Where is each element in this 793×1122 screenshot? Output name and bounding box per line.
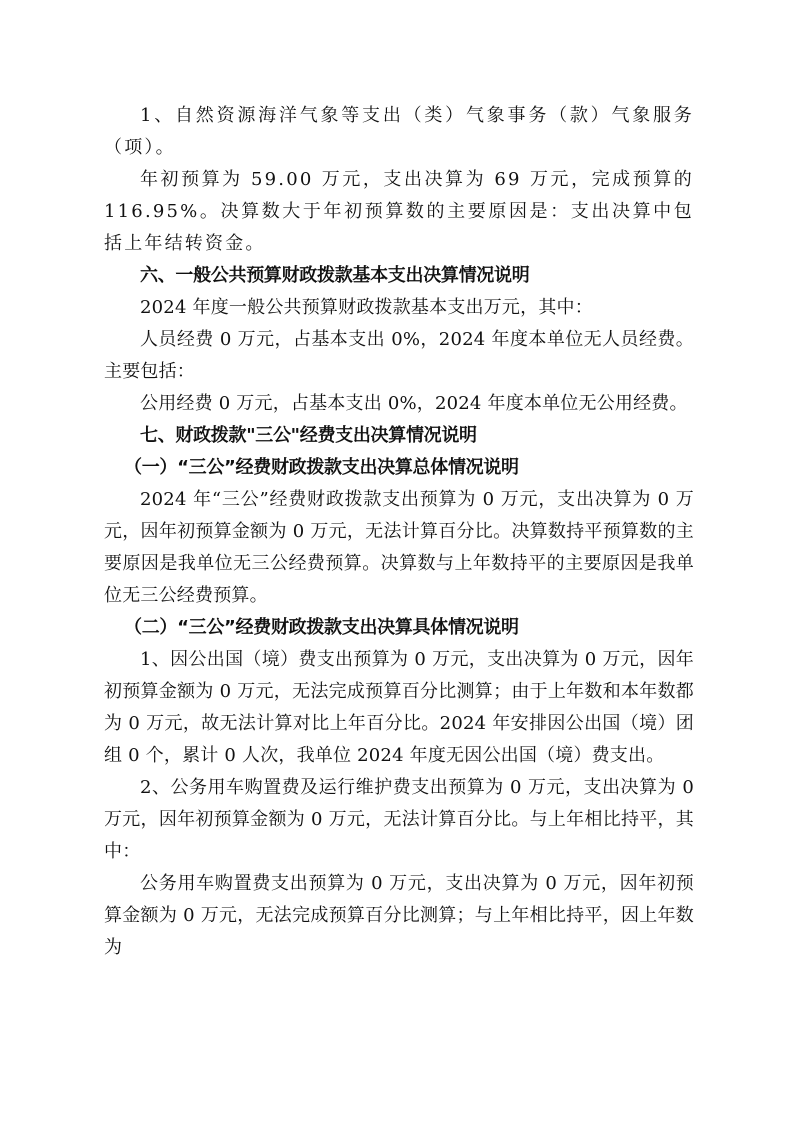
paragraph-budget-completion: 年初预算为 59.00 万元，支出决算为 69 万元，完成预算的116.95%。… — [104, 164, 694, 260]
document-page: 1、自然资源海洋气象等支出（类）气象事务（款）气象服务（项）。 年初预算为 59… — [104, 100, 694, 964]
section-heading-7: 七、财政拨款"三公"经费支出决算情况说明 — [104, 420, 694, 452]
subsection-heading-1: （一）“三公”经费财政拨款支出决算总体情况说明 — [104, 452, 694, 484]
paragraph-public-expense: 公用经费 0 万元，占基本支出 0%，2024 年度本单位无公用经费。 — [104, 388, 694, 420]
subsection-heading-2: （二）“三公”经费财政拨款支出决算具体情况说明 — [104, 612, 694, 644]
paragraph-item-1-weather-service: 1、自然资源海洋气象等支出（类）气象事务（款）气象服务（项）。 — [104, 100, 694, 164]
paragraph-basic-expenditure: 2024 年度一般公共预算财政拨款基本支出万元，其中： — [104, 292, 694, 324]
paragraph-official-vehicles: 2、公务用车购置费及运行维护费支出预算为 0 万元，支出决算为 0 万元，因年初… — [104, 772, 694, 868]
paragraph-personnel-expense: 人员经费 0 万元，占基本支出 0%，2024 年度本单位无人员经费。主要包括： — [104, 324, 694, 388]
section-heading-6: 六、一般公共预算财政拨款基本支出决算情况说明 — [104, 260, 694, 292]
paragraph-vehicle-purchase: 公务用车购置费支出预算为 0 万元，支出决算为 0 万元，因年初预算金额为 0 … — [104, 868, 694, 964]
paragraph-three-public-overall: 2024 年“三公”经费财政拨款支出预算为 0 万元，支出决算为 0 万元，因年… — [104, 484, 694, 612]
paragraph-overseas-travel: 1、因公出国（境）费支出预算为 0 万元，支出决算为 0 万元，因年初预算金额为… — [104, 644, 694, 772]
